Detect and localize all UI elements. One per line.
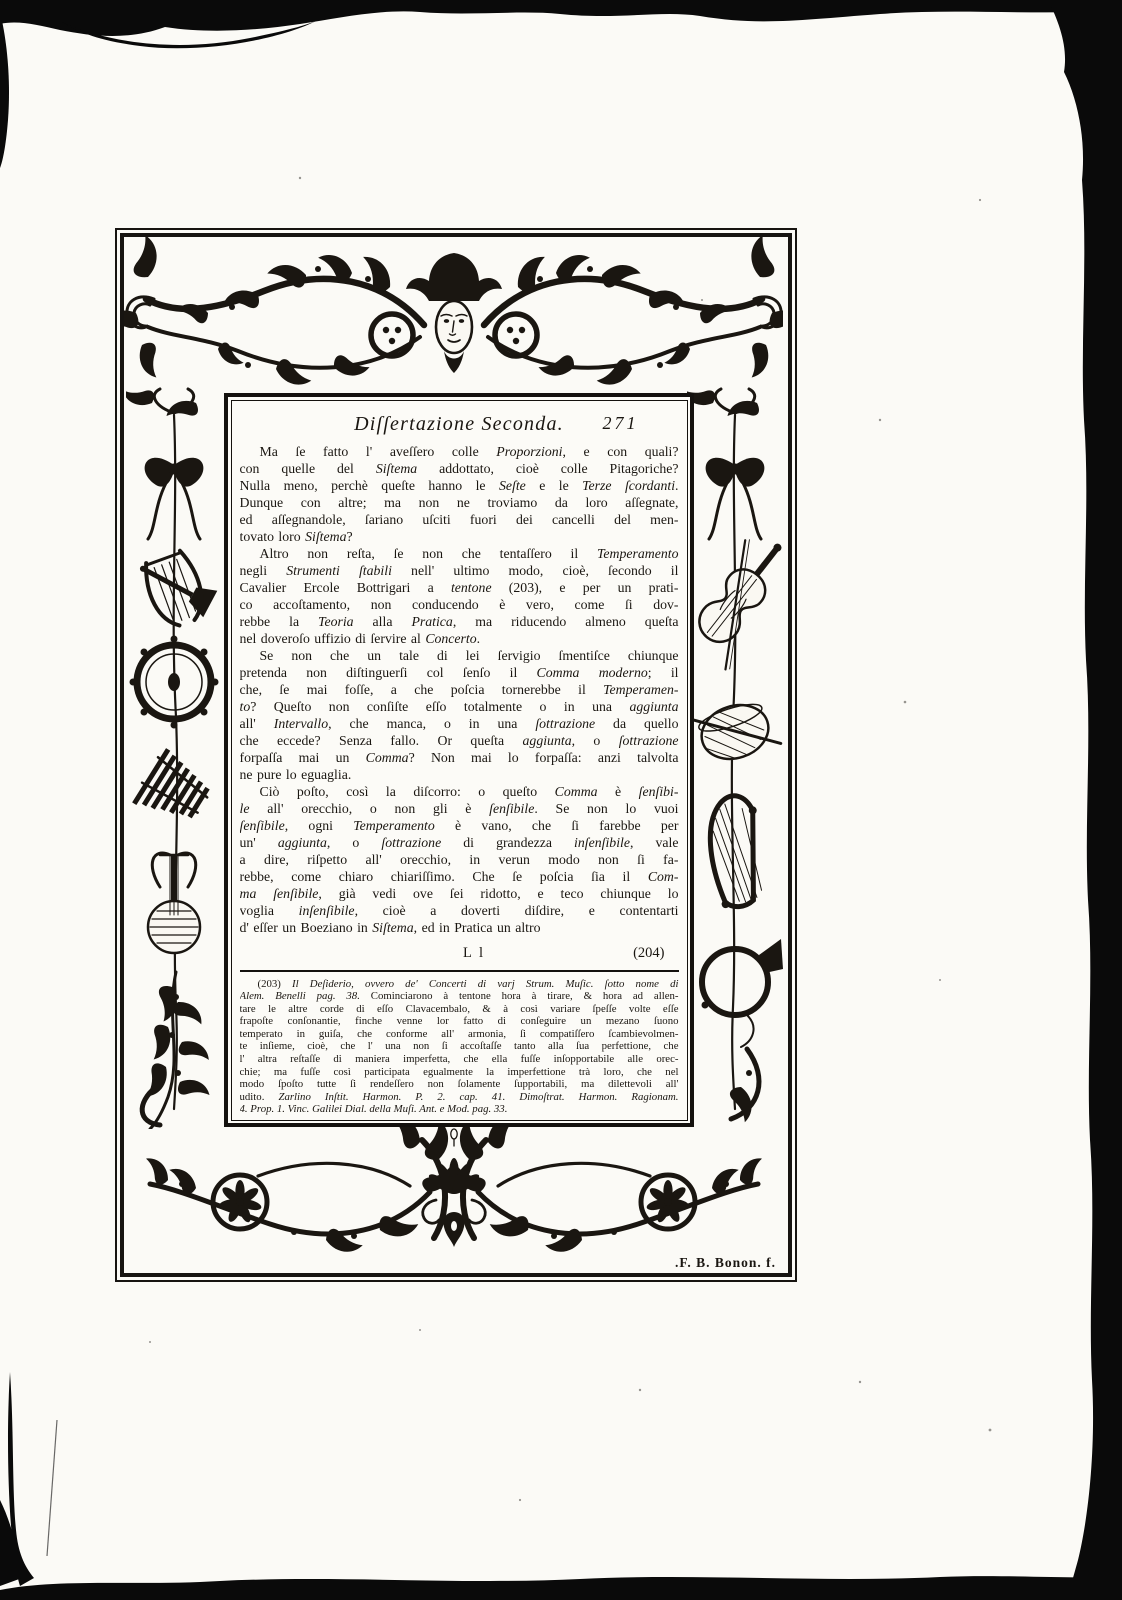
top-ornament-engraving: [124, 237, 783, 389]
page-number: 271: [603, 413, 639, 434]
text-line: forpaſſa mai un Comma? Non mai lo forpaſ…: [240, 749, 679, 766]
text-line: ne pure lo eguaglia.: [240, 766, 679, 783]
text-line: pretenda non diſtinguerſi col ſenſo il C…: [240, 664, 679, 681]
harp-ornament: [700, 792, 776, 911]
text-line: Alem. Benelli pag. 38. Cominciarono à te…: [240, 990, 679, 1003]
text-line: co accoſtamento, non conducendo è vero, …: [240, 596, 679, 613]
text-line: to? Queſto non conſiſte eſſo totalmente …: [240, 698, 679, 715]
text-line: nel doveroſo uffizio di ſervire al Conce…: [240, 630, 679, 647]
laurel-branch-ornament: [134, 972, 212, 1129]
text-line: con quelle del Siſtema addottato, cioè c…: [240, 460, 679, 477]
text-line: Altro non reſta, ſe non che tentaſſero i…: [240, 545, 679, 562]
footnote-rule: [240, 970, 679, 972]
goblet-ring-ornament-left: [371, 314, 413, 356]
catchword: (204): [633, 945, 664, 962]
engraved-border-plate: Diſſertazione Seconda. 271 Ma ſe fatto l…: [115, 228, 797, 1282]
lute-ornament: [148, 853, 200, 953]
text-line: temperato in guiſa, che conforme all' ar…: [240, 1028, 679, 1041]
text-line: tovato loro Siſtema?: [240, 528, 679, 545]
text-line: te inſieme, cioè, che l' una non ſi acco…: [240, 1040, 679, 1053]
bottom-black-band: [0, 1576, 1122, 1600]
text-line: udito. Zarlino Inſtit. Harmon. P. 2. cap…: [240, 1091, 679, 1104]
text-line: modo ſpoſto tutte ſi rendeſſero non ſola…: [240, 1078, 679, 1091]
text-line: tare le altre corde di eſſo Clavacembalo…: [240, 1003, 679, 1016]
footnote-text: (203) Il Deſiderio, ovvero de' Concerti …: [240, 978, 679, 1117]
text-line: ma ſenſibile, già vedi ove ſei ridotto, …: [240, 885, 679, 902]
goblet-ring-ornament-right: [495, 314, 537, 356]
scratch-line: [47, 1420, 57, 1556]
text-line: Ma ſe fatto l' aveſſero colle Proporzion…: [240, 443, 679, 460]
text-line: voglia inſenſibile, cioè a doverti diſdi…: [240, 902, 679, 919]
text-line: che eccede? Senza fallo. Or queſta aggiu…: [240, 732, 679, 749]
left-bottom-line: [8, 1372, 34, 1586]
hunting-horn-ornament: [702, 939, 784, 1047]
text-line: a dire, riſpetto all' orecchio, in verun…: [240, 851, 679, 868]
bottom-ornament-engraving: [124, 1126, 783, 1268]
text-line: rebbe, come chiaro chiariſſimo. Che ſe p…: [240, 868, 679, 885]
text-line: negli Strumenti ſtabili nell' ultimo mod…: [240, 562, 679, 579]
text-line: Nulla meno, perchè queſte hanno le Seſte…: [240, 477, 679, 494]
text-line: rebbe la Teoria alla Pratica, ma riducen…: [240, 613, 679, 630]
finial-scroll-ornament: [126, 387, 202, 430]
text-line: ſenſibile, ogni Temperamento è vano, che…: [240, 817, 679, 834]
text-line: l' altra reſtaſſe di maniera imperfetta,…: [240, 1053, 679, 1066]
left-top-wedge: [0, 12, 9, 168]
text-line: frapoſte conſonantie, finche venne lor f…: [240, 1015, 679, 1028]
text-line: Cavalier Ercole Bottrigari a tentone (20…: [240, 579, 679, 596]
left-instrument-trophy-engraving: [126, 387, 222, 1129]
text-line: un' aggiunta, o ſottrazione di grandezza…: [240, 834, 679, 851]
text-line: 4. Prop. 1. Vinc. Galilei Dial. della Mu…: [240, 1103, 679, 1116]
engraver-signature: .F. B. Bonon. f.: [671, 1255, 780, 1271]
plate-inner-rule: Diſſertazione Seconda. 271 Ma ſe fatto l…: [120, 233, 792, 1277]
text-line: Ciò poſto, così la diſcorro: o queſto Co…: [240, 783, 679, 800]
right-black-bar: [1048, 0, 1122, 1600]
finial-scroll-ornament: [687, 387, 763, 430]
text-line: all' Intervallo, che manca, o in una ſot…: [240, 715, 679, 732]
signature-row: L l (204): [240, 945, 679, 962]
trophy-cord: [732, 415, 735, 1109]
text-line: Dunque con altre; ma non ne troviamo da …: [240, 494, 679, 511]
text-line: ed aſſegnandole, ſariano uſciti fuori de…: [240, 511, 679, 528]
scanned-book-page: Diſſertazione Seconda. 271 Ma ſe fatto l…: [0, 0, 1122, 1600]
bottom-scroll-ornament: [725, 1049, 759, 1123]
text-line: d' eſſer un Boeziano in Siſtema, ed in P…: [240, 919, 679, 936]
text-frame: Diſſertazione Seconda. 271 Ma ſe fatto l…: [224, 393, 694, 1127]
text-line: che, ſe mai foſſe, a che poſcia tornereb…: [240, 681, 679, 698]
running-head: Diſſertazione Seconda. 271: [240, 411, 679, 437]
text-line: chie; ma fuſſe così participata egualmen…: [240, 1066, 679, 1079]
text-line: (203) Il Deſiderio, ovvero de' Concerti …: [240, 978, 679, 991]
top-ink-swoosh: [62, 20, 318, 48]
torn-top-edge: [0, 0, 1122, 36]
body-text: Ma ſe fatto l' aveſſero colle Proporzion…: [240, 443, 679, 936]
mask-face-ornament: [406, 253, 502, 373]
panpipes-ornament: [130, 747, 217, 835]
text-line: Se non che un tale di lei ſervigio ſment…: [240, 647, 679, 664]
text-line: le all' orecchio, o non gli è ſenſibile.…: [240, 800, 679, 817]
text-frame-inner: Diſſertazione Seconda. 271 Ma ſe fatto l…: [231, 400, 688, 1121]
left-bottom-corner-blob: [0, 1500, 22, 1586]
gathering-signature: L l: [463, 945, 485, 962]
right-instrument-trophy-engraving: [687, 387, 783, 1129]
